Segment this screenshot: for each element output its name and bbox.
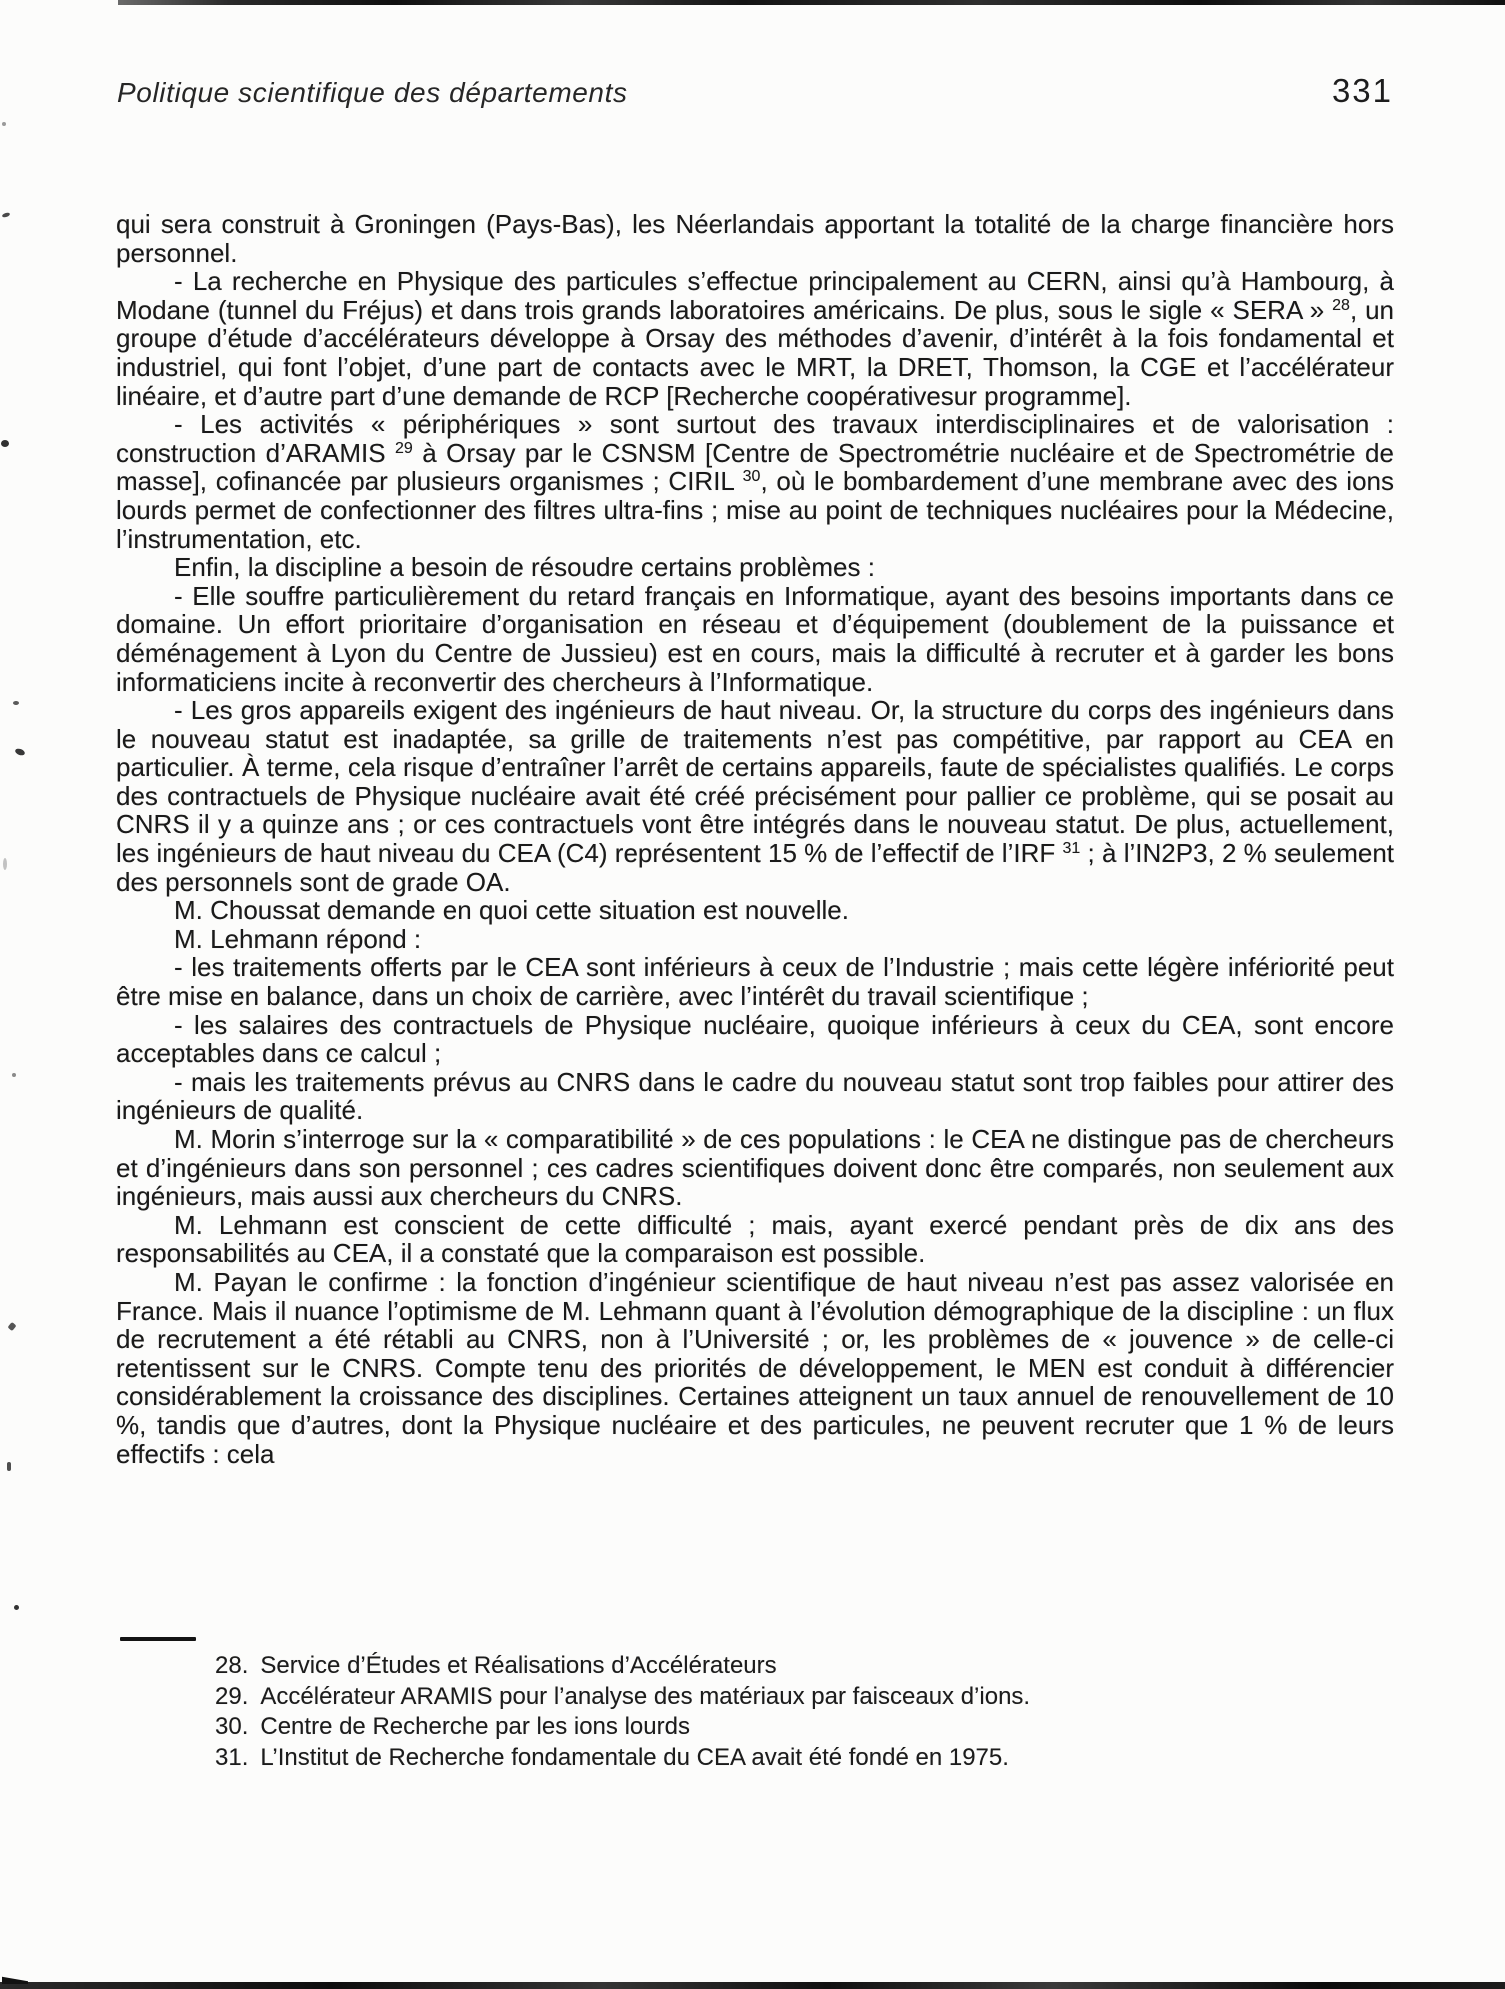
scan-speck xyxy=(12,1073,16,1077)
scan-speck xyxy=(2,212,11,218)
paragraph: M. Choussat demande en quoi cette situat… xyxy=(116,896,1394,925)
paragraph: - les salaires des contractuels de Physi… xyxy=(116,1011,1394,1068)
scan-speck xyxy=(7,1462,11,1471)
footnote-number: 28. xyxy=(215,1651,248,1682)
footnote-text: L’Institut de Recherche fondamentale du … xyxy=(260,1744,1009,1771)
paragraph: - les traitements offerts par le CEA son… xyxy=(116,953,1394,1010)
footnote-item: 29.Accélérateur ARAMIS pour l’analyse de… xyxy=(215,1682,1385,1713)
footnote-separator xyxy=(120,1637,196,1641)
footnote-ref: 29 xyxy=(395,440,413,457)
footnote-ref: 30 xyxy=(743,468,761,485)
scanned-page: Politique scientifique des départements … xyxy=(0,0,1505,1989)
footnotes: 28.Service d’Études et Réalisations d’Ac… xyxy=(215,1651,1385,1773)
scan-speck xyxy=(1,440,9,447)
scan-speck xyxy=(14,1605,19,1610)
scan-speck xyxy=(7,1322,16,1331)
footnote-ref: 31 xyxy=(1062,840,1080,857)
scan-speck xyxy=(2,122,6,126)
paragraph: M. Lehmann répond : xyxy=(116,925,1394,954)
paragraph: - Les activités « périphériques » sont s… xyxy=(116,410,1394,553)
paragraph: M. Payan le confirme : la fonction d’ing… xyxy=(116,1268,1394,1468)
footnote-text: Centre de Recherche par les ions lourds xyxy=(260,1713,690,1740)
paragraph: M. Morin s’interroge sur la « comparatib… xyxy=(116,1125,1394,1211)
paragraph: - Elle souffre particulièrement du retar… xyxy=(116,582,1394,696)
footnote-number: 30. xyxy=(215,1712,248,1743)
page-title: Politique scientifique des départements xyxy=(117,77,628,109)
scan-artifact-notch xyxy=(2,1975,28,1984)
paragraph: - mais les traitements prévus au CNRS da… xyxy=(116,1068,1394,1125)
footnote-item: 30.Centre de Recherche par les ions lour… xyxy=(215,1712,1385,1743)
paragraph: - Les gros appareils exigent des ingénie… xyxy=(116,696,1394,896)
footnote-number: 31. xyxy=(215,1743,248,1774)
scan-speck xyxy=(3,858,7,870)
paragraph: M. Lehmann est conscient de cette diffic… xyxy=(116,1211,1394,1268)
paragraph: qui sera construit à Groningen (Pays-Bas… xyxy=(116,210,1394,267)
footnote-item: 31.L’Institut de Recherche fondamentale … xyxy=(215,1743,1385,1774)
footnote-text: Accélérateur ARAMIS pour l’analyse des m… xyxy=(260,1683,1030,1710)
footnote-item: 28.Service d’Études et Réalisations d’Ac… xyxy=(215,1651,1385,1682)
page-number: 331 xyxy=(1332,72,1393,110)
paragraph: Enfin, la discipline a besoin de résoudr… xyxy=(116,553,1394,582)
scan-artifact-bottom-bar xyxy=(0,1982,1505,1989)
footnote-text: Service d’Études et Réalisations d’Accél… xyxy=(260,1652,776,1679)
scan-speck xyxy=(13,701,19,705)
footnote-number: 29. xyxy=(215,1682,248,1713)
body-text: qui sera construit à Groningen (Pays-Bas… xyxy=(116,210,1394,1468)
footnote-ref: 28 xyxy=(1332,297,1350,314)
scan-speck xyxy=(14,747,25,756)
running-header: Politique scientifique des départements … xyxy=(117,72,1393,110)
scan-artifact-top-bar xyxy=(118,0,1505,5)
paragraph: - La recherche en Physique des particule… xyxy=(116,267,1394,410)
